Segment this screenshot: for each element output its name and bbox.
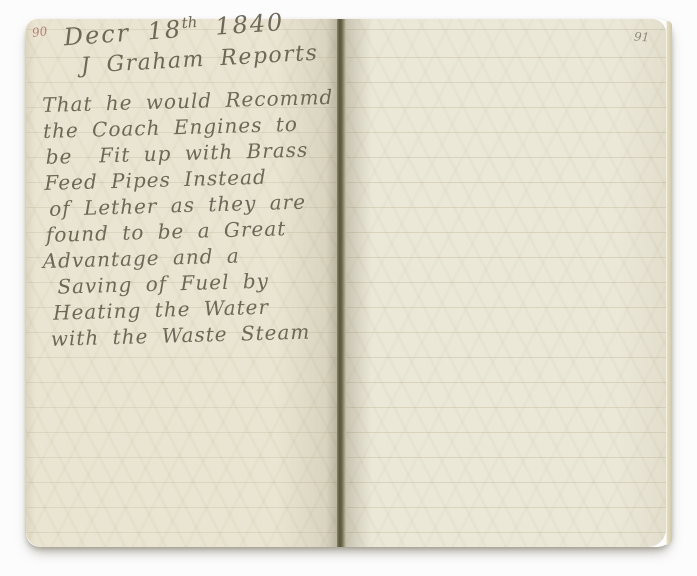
entry-date-year: 1840 (197, 8, 285, 42)
page-block-fore-edge (666, 21, 672, 545)
open-notebook: 90 Decr 18th 1840 J Graham Reports That … (26, 19, 672, 547)
entry-date-text: Decr 18 (63, 15, 183, 51)
notebook-scan: 90 Decr 18th 1840 J Graham Reports That … (0, 0, 697, 576)
date-ordinal-suffix: th (181, 13, 198, 32)
book-spine-gutter (337, 19, 346, 547)
entry-body: That he would Recommd the Coach Engines … (42, 84, 345, 352)
right-page-number: 91 (634, 29, 650, 44)
left-page: 90 Decr 18th 1840 J Graham Reports That … (26, 19, 337, 547)
right-page: 91 (346, 19, 666, 547)
handwritten-entry: Decr 18th 1840 J Graham Reports That he … (40, 15, 345, 352)
